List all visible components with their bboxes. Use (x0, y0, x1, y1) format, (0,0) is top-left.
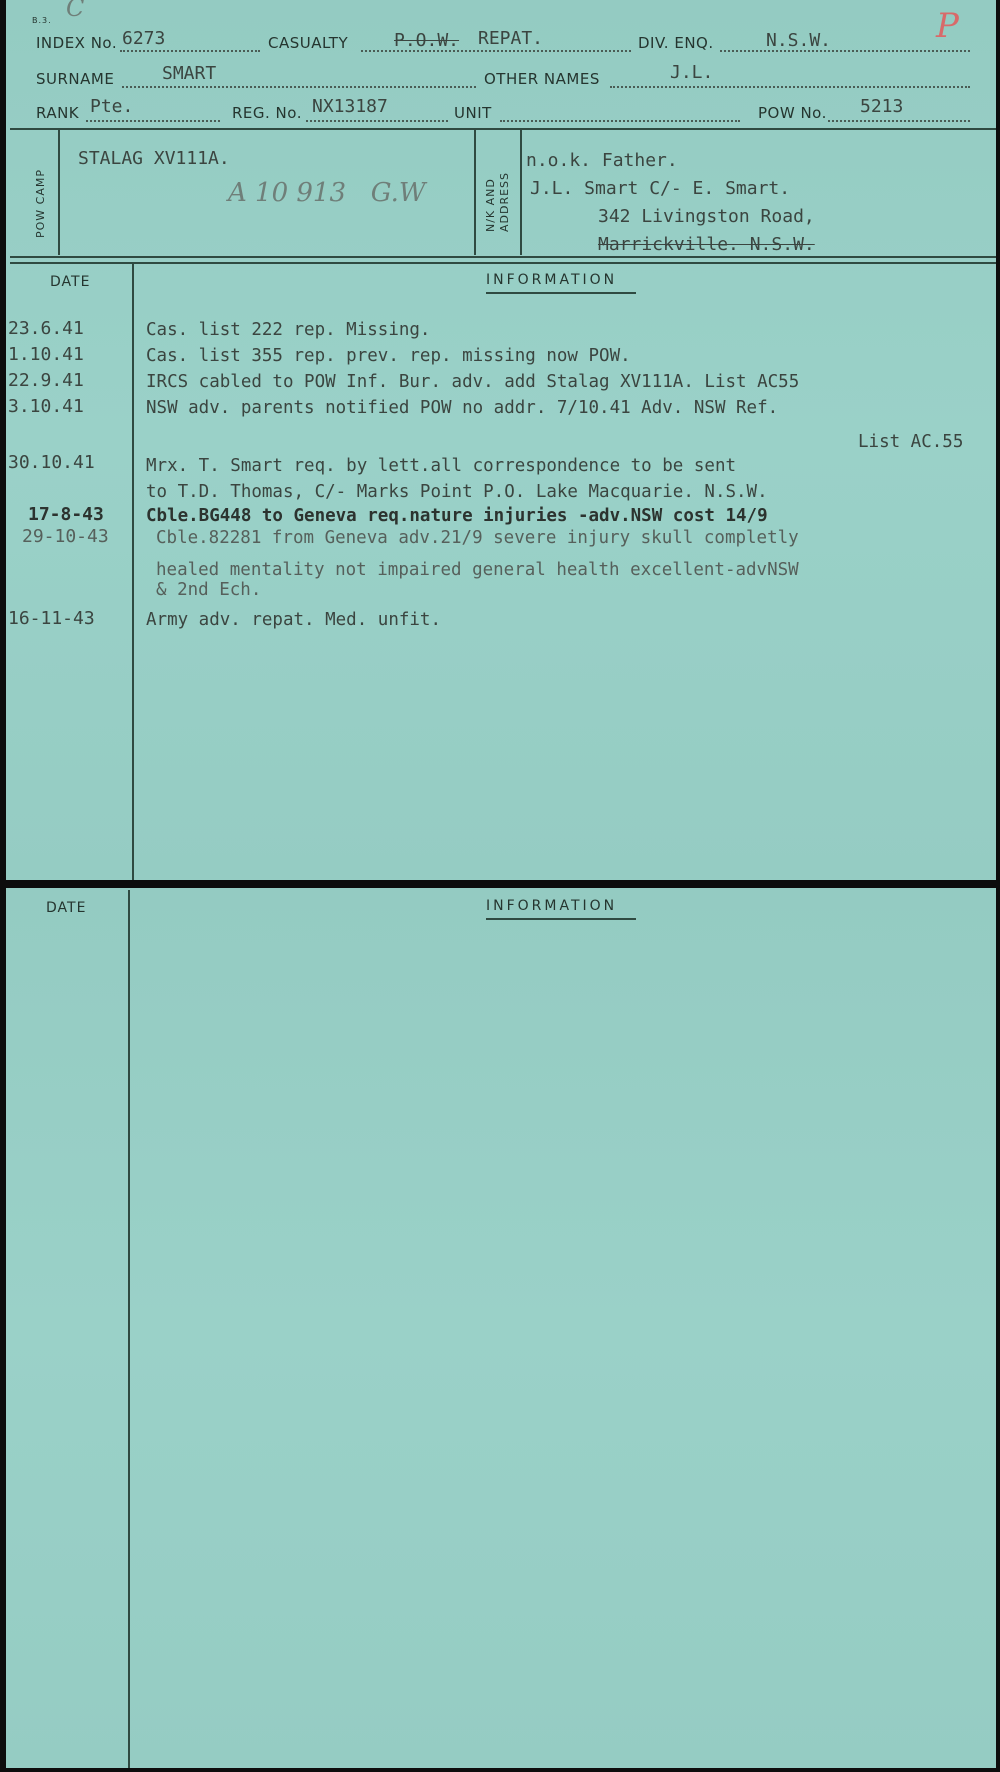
rank-label: RANK (36, 104, 79, 122)
pow-camp-value: STALAG XV111A. (78, 148, 230, 169)
form-code: B.3. (32, 16, 52, 25)
reg-no-value: NX13187 (312, 96, 388, 117)
div-enq-value: N.S.W. (766, 30, 831, 51)
entry-info-line: to T.D. Thomas, C/- Marks Point P.O. Lak… (146, 482, 768, 502)
nok-label-line2: ADDRESS (498, 172, 511, 232)
entry-date: 30.10.41 (8, 452, 95, 473)
entry-info-line: NSW adv. parents notified POW no addr. 7… (146, 398, 778, 418)
reg-no-label: REG. No. (232, 104, 302, 122)
card-back: DATE INFORMATION (6, 888, 996, 1768)
corner-mark-top: C (66, 0, 84, 22)
entry-date: 17-8-43 (28, 504, 104, 525)
information-header: INFORMATION (486, 898, 617, 914)
date-header: DATE (46, 900, 86, 916)
other-names-value: J.L. (670, 62, 713, 83)
entry-info-line: Cas. list 355 rep. prev. rep. missing no… (146, 346, 631, 366)
other-names-label: OTHER NAMES (484, 70, 600, 88)
surname-value: SMART (162, 63, 216, 84)
entry-info-line: List AC.55 (858, 432, 963, 452)
corner-mark-red: P (936, 6, 959, 46)
nok-label-line1: N/K AND (484, 178, 497, 232)
entry-date: 1.10.41 (8, 344, 84, 365)
pow-camp-handwritten: A 10 913 G.W (228, 178, 426, 208)
pow-camp-label: POW CAMP (34, 169, 47, 238)
information-header: INFORMATION (486, 272, 617, 288)
entry-info-line: Cble.BG448 to Geneva req.nature injuries… (146, 506, 768, 526)
nok-line-3: 342 Livingston Road, (598, 206, 815, 227)
card-front: B.3. C P INDEX No. 6273 CASUALTY P.O.W. … (6, 0, 996, 880)
entry-date: 23.6.41 (8, 318, 84, 339)
date-header: DATE (50, 274, 90, 290)
pow-no-label: POW No. (758, 104, 827, 122)
pow-no-value: 5213 (860, 96, 903, 117)
entry-info-line: & 2nd Ech. (156, 580, 261, 600)
entry-info-line: Mrx. T. Smart req. by lett.all correspon… (146, 456, 736, 476)
entry-date: 29-10-43 (22, 526, 109, 547)
nok-line-2: J.L. Smart C/- E. Smart. (530, 178, 790, 199)
nok-line-4: Marrickville. N.S.W. (598, 234, 815, 255)
entry-info-line: healed mentality not impaired general he… (156, 560, 799, 580)
unit-label: UNIT (454, 104, 492, 122)
entry-date: 22.9.41 (8, 370, 84, 391)
index-no-value: 6273 (122, 28, 165, 49)
entry-info-line: Cble.82281 from Geneva adv.21/9 severe i… (156, 528, 799, 548)
nok-line-1: n.o.k. Father. (526, 150, 678, 171)
index-no-label: INDEX No. (36, 34, 117, 52)
casualty-struck-value: P.O.W. (394, 30, 459, 51)
entry-info-line: Cas. list 222 rep. Missing. (146, 320, 430, 340)
entry-info-line: Army adv. repat. Med. unfit. (146, 610, 441, 630)
entry-info-line: IRCS cabled to POW Inf. Bur. adv. add St… (146, 372, 799, 392)
casualty-value: REPAT. (478, 28, 543, 49)
entry-date: 3.10.41 (8, 396, 84, 417)
entry-date: 16-11-43 (8, 608, 95, 629)
div-enq-label: DIV. ENQ. (638, 34, 714, 52)
casualty-label: CASUALTY (268, 34, 348, 52)
surname-label: SURNAME (36, 70, 114, 88)
rank-value: Pte. (90, 96, 133, 117)
